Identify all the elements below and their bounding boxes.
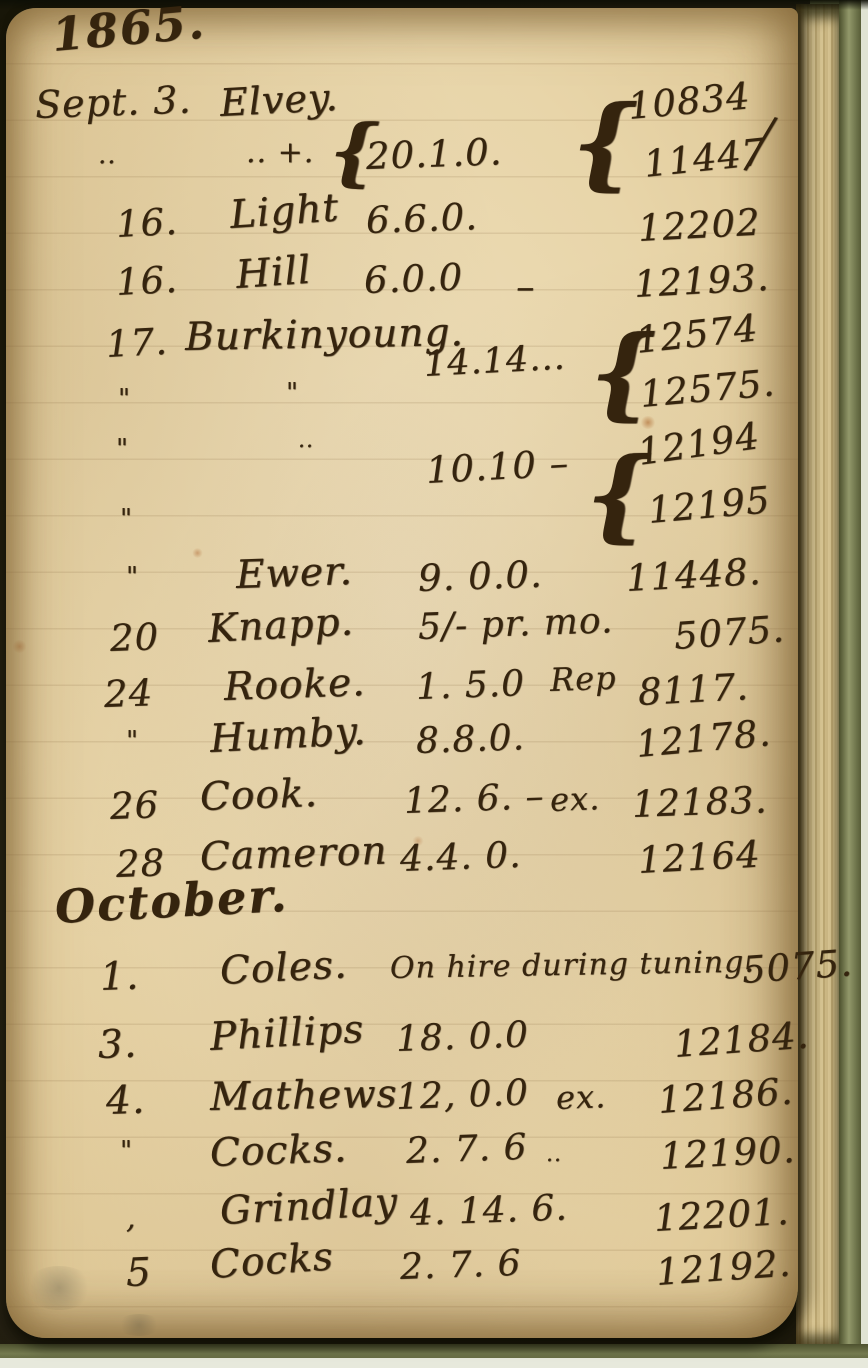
entry-amount: 20.1.0. — [365, 133, 503, 175]
entry-amount: 12, 0.0 — [395, 1075, 529, 1116]
entry-serial: 12186. — [657, 1073, 795, 1119]
book-cover-edge-right — [839, 0, 861, 1368]
entry-name: Cocks — [209, 1237, 335, 1285]
entry-serial: 12178. — [634, 714, 772, 763]
entry-date: 3. — [97, 1025, 138, 1065]
entry-serial: 12192. — [655, 1245, 793, 1291]
entry-serial: 5075. — [741, 944, 854, 989]
month-heading: October. — [54, 872, 290, 930]
entry-amount: 5/- pr. mo. — [417, 603, 614, 646]
entry-note: ex. — [555, 1080, 606, 1114]
entry-name: Hill — [235, 251, 313, 295]
entry-name: Rooke. — [223, 663, 366, 707]
book-fore-edge-pages — [796, 4, 840, 1344]
entry-date: 4. — [105, 1081, 146, 1121]
ledger-paper: 1865. Sept. 3. Elvey. { 10834 11447 / ..… — [6, 8, 798, 1338]
ditto-mark: " — [116, 436, 129, 462]
entry-name: Coles. — [219, 945, 348, 991]
entry-serial: 11448. — [625, 553, 762, 597]
entry-serial: 12193. — [633, 259, 770, 303]
ditto-mark: " — [126, 564, 139, 590]
stain — [192, 548, 203, 558]
entry-amount: 2. 7. 6 — [399, 1246, 522, 1286]
entry-date: 24 — [103, 674, 153, 713]
entry-amount: 14.14... — [423, 341, 566, 383]
scanned-ledger-photo: 1865. Sept. 3. Elvey. { 10834 11447 / ..… — [0, 0, 868, 1368]
entry-name: Grindlay — [219, 1183, 399, 1231]
entry-amount: 12. 6. – — [403, 779, 545, 820]
entry-note: Rep — [549, 662, 617, 696]
entry-amount: 6.6.0. — [365, 198, 478, 239]
ditto-mark: " — [118, 386, 131, 412]
entry-serial: 12575. — [638, 364, 776, 413]
entry-name: Burkinyoung. — [185, 313, 464, 357]
entry-name: Light — [229, 188, 341, 235]
entry-date: 16. — [115, 203, 179, 243]
entry-note: .. — [546, 1144, 562, 1166]
ditto-mark: " — [120, 1138, 133, 1164]
entry-serial: 8117. — [637, 668, 750, 711]
entry-amount: 6.0.0 — [363, 259, 463, 299]
entry-date: 1. — [99, 957, 140, 997]
entry-amount: 4. 14. 6. — [409, 1191, 568, 1232]
entry-amount: On hire during tuning. — [390, 948, 755, 984]
entry-date: 26 — [109, 786, 159, 825]
entry-name: Humby. — [209, 712, 367, 759]
ditto-mark: .. — [298, 430, 314, 452]
entry-amount: 2. 7. 6 — [405, 1130, 528, 1170]
entry-serial: 12164 — [637, 836, 761, 879]
stain — [24, 1266, 94, 1310]
entry-name: Elvey. — [219, 78, 339, 122]
stain — [12, 640, 27, 653]
entry-serial: 12201. — [653, 1193, 790, 1237]
entry-date: Sept. 3. — [34, 81, 192, 124]
brace-icon: { — [572, 92, 636, 192]
entry-name: Cocks. — [209, 1129, 347, 1173]
year-heading: 1865. — [50, 0, 207, 58]
entry-serial: 12195 — [646, 481, 771, 529]
entry-amount: 9. 0.0. — [417, 556, 543, 597]
entry-amount: 10.10 – — [425, 445, 570, 489]
entry-name: Knapp. — [207, 602, 355, 649]
entry-note: ex. — [549, 782, 600, 816]
entry-date: 20 — [109, 618, 159, 657]
entry-date: 5 — [125, 1253, 152, 1293]
ditto-mark: " — [120, 506, 133, 532]
ditto-mark: .. — [98, 142, 117, 168]
entry-serial: 12183. — [631, 781, 768, 823]
entry-amount: 18. 0.0 — [395, 1017, 529, 1058]
entry-date: 16. — [115, 261, 179, 301]
entry-date: 17. — [105, 323, 169, 363]
entry-serial: 12184. — [673, 1017, 811, 1063]
ditto-mark: " — [286, 380, 299, 406]
entry-serial: 12190. — [659, 1131, 796, 1175]
entry-serial: 10834 — [626, 77, 751, 125]
ditto-mark: " — [126, 728, 139, 754]
entry-amount: 8.8.0. — [415, 720, 525, 760]
entry-amount: 4.4. 0. — [399, 838, 522, 878]
stain — [116, 1314, 162, 1336]
entry-name: Cook. — [199, 774, 318, 817]
scanner-bed-edge-right — [861, 0, 868, 1368]
scanner-bed-edge-bottom — [0, 1358, 868, 1368]
entry-name: Ewer. — [235, 552, 353, 595]
entry-note: – — [516, 268, 536, 305]
entry-name: Mathews — [210, 1075, 398, 1117]
entry-amount: 1. 5.0 — [415, 666, 525, 706]
entry-name: Phillips — [209, 1010, 365, 1057]
entry-serial: 5075. — [673, 610, 786, 655]
entry-serial: 12202 — [637, 204, 761, 247]
ditto-mark: , — [126, 1204, 137, 1234]
ditto-mark: .. +. — [246, 138, 314, 168]
